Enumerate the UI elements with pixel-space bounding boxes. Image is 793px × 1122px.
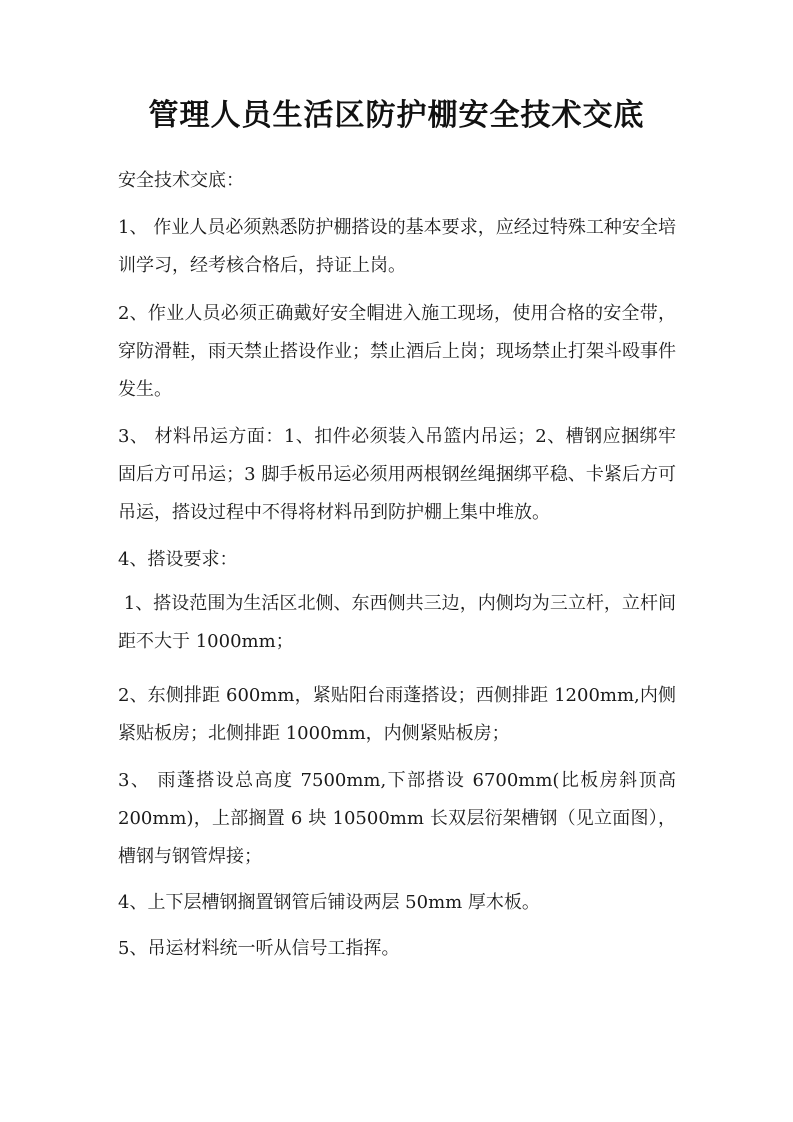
intro-heading: 安全技术交底： xyxy=(118,162,676,200)
section-4-item-5: 5、吊运材料统一听从信号工指挥。 xyxy=(118,930,676,968)
paragraph-item-3: 3、 材料吊运方面：1、扣件必须装入吊篮内吊运；2、槽钢应捆绑牢固后方可吊运；3… xyxy=(118,418,676,532)
section-4-item-2: 2、东侧排距 600mm，紧贴阳台雨蓬搭设；西侧排距 1200mm,内侧紧贴板房… xyxy=(118,677,676,753)
section-4-heading: 4、搭设要求： xyxy=(118,541,676,579)
paragraph-item-1: 1、 作业人员必须熟悉防护棚搭设的基本要求，应经过特殊工种安全培训学习，经考核合… xyxy=(118,209,676,285)
paragraph-item-2: 2、作业人员必须正确戴好安全帽进入施工现场，使用合格的安全带，穿防滑鞋，雨天禁止… xyxy=(118,295,676,409)
section-4-item-3: 3、 雨蓬搭设总高度 7500mm,下部搭设 6700mm(比板房斜顶高 200… xyxy=(118,762,676,876)
document-title: 管理人员生活区防护棚安全技术交底 xyxy=(0,96,793,136)
document-page: 管理人员生活区防护棚安全技术交底 安全技术交底： 1、 作业人员必须熟悉防护棚搭… xyxy=(0,0,793,1122)
section-4-item-4: 4、上下层槽钢搁置钢管后铺设两层 50mm 厚木板。 xyxy=(118,884,676,922)
section-4-item-1: 1、搭设范围为生活区北侧、东西侧共三边，内侧均为三立杆，立杆间距不大于 1000… xyxy=(118,585,676,661)
